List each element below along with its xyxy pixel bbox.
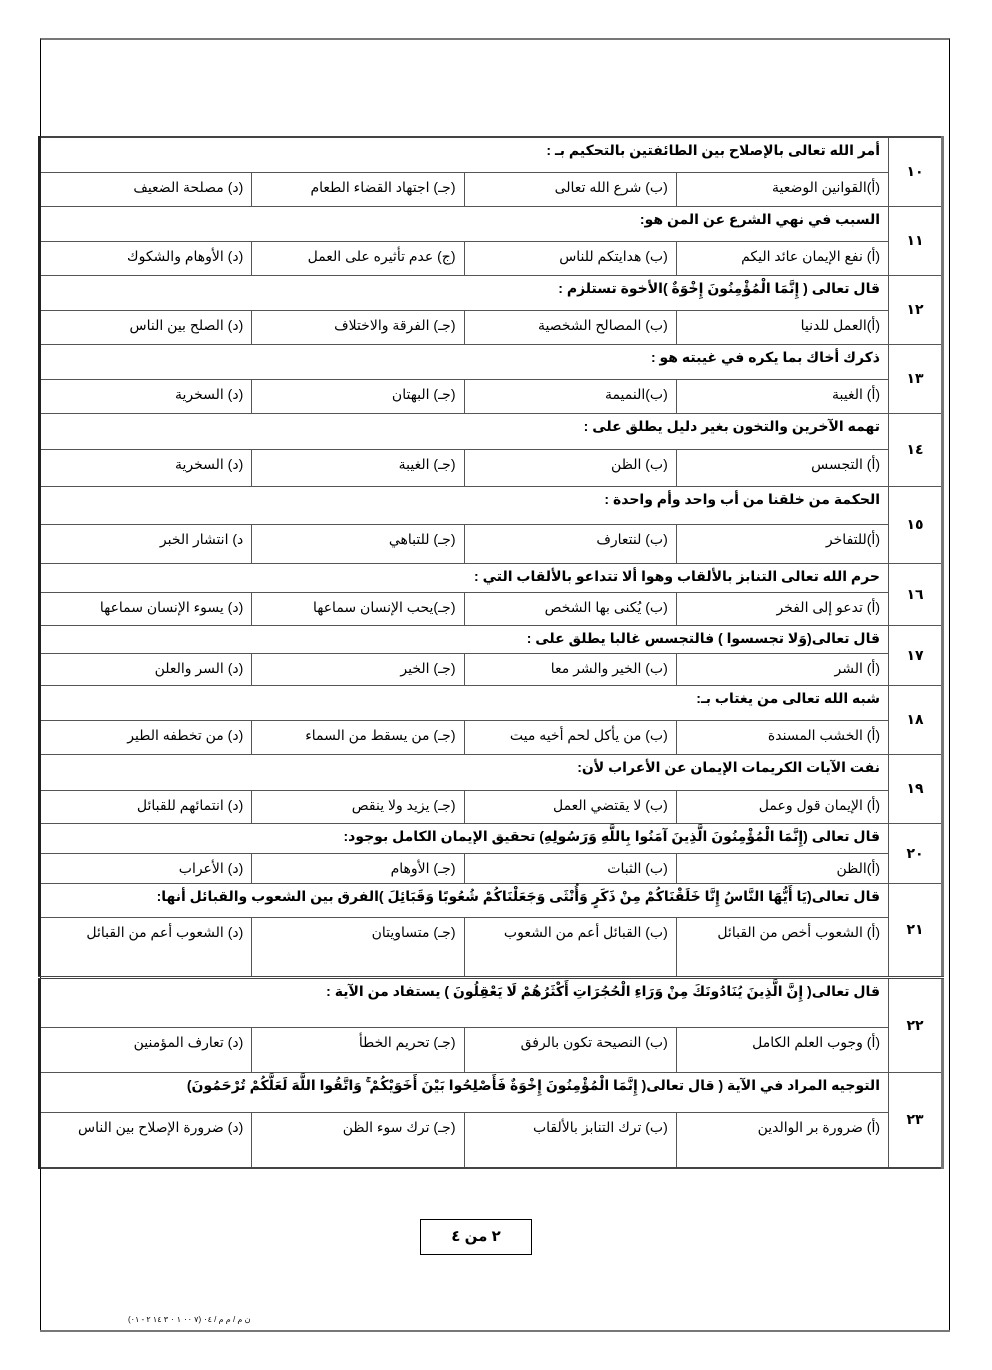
- answer-option-c[interactable]: (جـ) يزيد ولا ينقص: [252, 790, 464, 823]
- answer-option-c[interactable]: (جـ) اجتهاد القضاء الطعام: [252, 172, 464, 206]
- answer-option-b[interactable]: (ب) المصالح الشخصية: [464, 310, 676, 344]
- answer-option-c[interactable]: (جـ) ترك سوء الظن: [252, 1112, 464, 1168]
- question-number: ٢٣: [889, 1072, 943, 1168]
- answer-option-c[interactable]: (جـ) الغيبة: [252, 449, 464, 486]
- options-row: (أ) ضرورة بر الوالدين(ب) ترك التنابز بال…: [40, 1112, 943, 1168]
- answer-option-a[interactable]: (أ) نفع الإيمان عائد اليكم: [676, 241, 888, 275]
- question-text: قال تعالى(يَا أَيُّهَا النَّاسُ إِنَّا خ…: [40, 883, 889, 917]
- answer-option-d[interactable]: د) انتشار الخبر: [40, 524, 252, 563]
- answer-option-d[interactable]: (د) انتمائهم للقبائل: [40, 790, 252, 823]
- question-row: ١٨شبه الله تعالى من يغتاب بـ:: [40, 685, 943, 720]
- answer-option-b[interactable]: (ب) لا يقتضي العمل: [464, 790, 676, 823]
- answer-option-c[interactable]: (جـ) الأوهام: [252, 853, 464, 883]
- options-row: (أ) تدعو إلى الفخر(ب) يُكنى بها الشخص(جـ…: [40, 592, 943, 625]
- question-number: ١٠: [889, 137, 943, 206]
- question-number: ٢٢: [889, 977, 943, 1072]
- question-row: ١٤تهمه الآخرين والتخون بغير دليل يطلق عل…: [40, 413, 943, 449]
- answer-option-d[interactable]: (د) الصلح بين الناس: [40, 310, 252, 344]
- options-row: (أ) الشعوب أخص من القبائل(ب) القبائل أعم…: [40, 917, 943, 977]
- question-number: ١٣: [889, 344, 943, 413]
- answer-option-d[interactable]: (د) الشعوب أعم من القبائل: [40, 917, 252, 977]
- question-row: ٢٣التوجيه المراد في الآية ( قال تعالى( إ…: [40, 1072, 943, 1112]
- options-row: (أ) الشر(ب) الخير والشر معا(جـ) الخير(د)…: [40, 653, 943, 685]
- question-number: ٢٠: [889, 823, 943, 883]
- answer-option-a[interactable]: (أ) ضرورة بر الوالدين: [676, 1112, 888, 1168]
- options-row: (أ)العمل للدنيا(ب) المصالح الشخصية(جـ) ا…: [40, 310, 943, 344]
- answer-option-a[interactable]: (أ)العمل للدنيا: [676, 310, 888, 344]
- question-row: ١٢قال تعالى ( إِنَّمَا الْمُؤْمِنُونَ إِ…: [40, 275, 943, 310]
- question-text: ذكرك أخاك بما يكره في غيبته هو :: [40, 344, 889, 379]
- answer-option-b[interactable]: (ب) الظن: [464, 449, 676, 486]
- question-text: تهمه الآخرين والتخون بغير دليل يطلق على …: [40, 413, 889, 449]
- answer-option-c[interactable]: (جـ) للتباهي: [252, 524, 464, 563]
- options-row: (أ) الخشب المسندة(ب) من يأكل لحم أخيه مي…: [40, 720, 943, 754]
- answer-option-c[interactable]: (جـ) الفرقة والاختلاف: [252, 310, 464, 344]
- question-row: ١٩نفت الآيات الكريمات الإيمان عن الأعراب…: [40, 754, 943, 790]
- options-row: (أ) الإيمان قول وعمل(ب) لا يقتضي العمل(ج…: [40, 790, 943, 823]
- options-row: (أ) التجسس(ب) الظن(جـ) الغيبة(د) السخرية: [40, 449, 943, 486]
- options-row: (أ) نفع الإيمان عائد اليكم(ب) هدايتكم لل…: [40, 241, 943, 275]
- question-number: ١٧: [889, 625, 943, 685]
- answer-option-b[interactable]: (ب) ترك التنابز بالألقاب: [464, 1112, 676, 1168]
- question-text: قال تعالى(وَلا تجسسوا ) فالتجسس غالبا يط…: [40, 625, 889, 653]
- options-row: (أ) الغيبة(ب)النميمة(جـ) البهتان(د) السخ…: [40, 379, 943, 413]
- options-row: (أ) وجوب العلم الكامل(ب) النصيحة تكون با…: [40, 1027, 943, 1072]
- question-row: ٢٠قال تعالى (إِنَّمَا الْمُؤْمِنُونَ الَ…: [40, 823, 943, 853]
- answer-option-d[interactable]: (د) ضرورة الإصلاح بين الناس: [40, 1112, 252, 1168]
- answer-option-d[interactable]: (د) السر والعلن: [40, 653, 252, 685]
- answer-option-a[interactable]: (أ)للتفاخر: [676, 524, 888, 563]
- question-row: ١٧قال تعالى(وَلا تجسسوا ) فالتجسس غالبا …: [40, 625, 943, 653]
- answer-option-d[interactable]: (د) الأوهام والشكوك: [40, 241, 252, 275]
- answer-option-b[interactable]: (ب) شرع الله تعالى: [464, 172, 676, 206]
- answer-option-c[interactable]: (جـ) البهتان: [252, 379, 464, 413]
- answer-option-d[interactable]: (د) السخرية: [40, 379, 252, 413]
- form-code: ن م / م م / ٠٤ (٧ ٠٠ ١ ٠ ٣ ١٤ ٢ - ٠١): [128, 1315, 250, 1324]
- question-number: ١٩: [889, 754, 943, 823]
- question-text: نفت الآيات الكريمات الإيمان عن الأعراب ل…: [40, 754, 889, 790]
- question-number: ١٢: [889, 275, 943, 344]
- options-row: (أ)القوانين الوضعية(ب) شرع الله تعالى(جـ…: [40, 172, 943, 206]
- answer-option-a[interactable]: (أ) الخشب المسندة: [676, 720, 888, 754]
- answer-option-a[interactable]: (أ) وجوب العلم الكامل: [676, 1027, 888, 1072]
- page-number: ٢ من ٤: [420, 1219, 532, 1255]
- question-text: أمر الله تعالى بالإصلاح بين الطائفتين با…: [40, 137, 889, 172]
- answer-option-a[interactable]: (أ) التجسس: [676, 449, 888, 486]
- question-text: الحكمة من خلقنا من أب واحد وأم واحدة :: [40, 486, 889, 524]
- answer-option-d[interactable]: (د) الأعراب: [40, 853, 252, 883]
- answer-option-b[interactable]: (ب)النميمة: [464, 379, 676, 413]
- answer-option-b[interactable]: (ب) لنتعارف: [464, 524, 676, 563]
- answer-option-a[interactable]: (أ)القوانين الوضعية: [676, 172, 888, 206]
- question-text: قال تعالى ( إِنَّمَا الْمُؤْمِنُونَ إِخْ…: [40, 275, 889, 310]
- answer-option-b[interactable]: (ب) النصيحة تكون بالرفق: [464, 1027, 676, 1072]
- question-text: حرم الله تعالى التنابز بالألقاب وهوا ألا…: [40, 563, 889, 592]
- answer-option-d[interactable]: (د) تعارف المؤمنين: [40, 1027, 252, 1072]
- answer-option-b[interactable]: (ب) القبائل أعم من الشعوب: [464, 917, 676, 977]
- questions-table: ١٠أمر الله تعالى بالإصلاح بين الطائفتين …: [38, 136, 944, 1169]
- answer-option-a[interactable]: (أ)الظن: [676, 853, 888, 883]
- answer-option-c[interactable]: (جـ) الخير: [252, 653, 464, 685]
- answer-option-c[interactable]: (جـ) متساويتان: [252, 917, 464, 977]
- question-number: ١٨: [889, 685, 943, 754]
- answer-option-a[interactable]: (أ) الشر: [676, 653, 888, 685]
- question-number: ١١: [889, 206, 943, 275]
- question-text: التوجيه المراد في الآية ( قال تعالى( إِن…: [40, 1072, 889, 1112]
- options-row: (أ)للتفاخر(ب) لنتعارف(جـ) للتباهيد) انتش…: [40, 524, 943, 563]
- question-number: ٢١: [889, 883, 943, 977]
- question-row: ١٦حرم الله تعالى التنابز بالألقاب وهوا أ…: [40, 563, 943, 592]
- answer-option-b[interactable]: (ب) يُكنى بها الشخص: [464, 592, 676, 625]
- answer-option-d[interactable]: (د) السخرية: [40, 449, 252, 486]
- answer-option-d[interactable]: (د) من تخطفه الطير: [40, 720, 252, 754]
- question-text: قال تعالى (إِنَّمَا الْمُؤْمِنُونَ الَّذ…: [40, 823, 889, 853]
- question-number: ١٥: [889, 486, 943, 563]
- question-number: ١٤: [889, 413, 943, 486]
- question-row: ٢٢قال تعالى( إِنَّ الَّذِينَ يُنَادُونَك…: [40, 977, 943, 1027]
- answer-option-c[interactable]: (جـ)يحب الإنسان سماعها: [252, 592, 464, 625]
- answer-option-a[interactable]: (أ) تدعو إلى الفخر: [676, 592, 888, 625]
- answer-option-c[interactable]: (جـ) تحريم الخطأ: [252, 1027, 464, 1072]
- answer-option-b[interactable]: (ب) من يأكل لحم أخيه ميت: [464, 720, 676, 754]
- answer-option-d[interactable]: (د) يسوء الإنسان سماعها: [40, 592, 252, 625]
- answer-option-b[interactable]: (ب) الخير والشر معا: [464, 653, 676, 685]
- answer-option-c[interactable]: (جـ) من يسقط من السماء: [252, 720, 464, 754]
- answer-option-a[interactable]: (أ) الغيبة: [676, 379, 888, 413]
- question-row: ١٥الحكمة من خلقنا من أب واحد وأم واحدة :: [40, 486, 943, 524]
- answer-option-c[interactable]: (ج) عدم تأثيره على العمل: [252, 241, 464, 275]
- question-text: شبه الله تعالى من يغتاب بـ:: [40, 685, 889, 720]
- answer-option-b[interactable]: (ب) الثبات: [464, 853, 676, 883]
- answer-option-b[interactable]: (ب) هدايتكم للناس: [464, 241, 676, 275]
- question-row: ١١السبب في نهي الشرع عن المن هو:: [40, 206, 943, 241]
- question-row: ١٠أمر الله تعالى بالإصلاح بين الطائفتين …: [40, 137, 943, 172]
- question-row: ٢١قال تعالى(يَا أَيُّهَا النَّاسُ إِنَّا…: [40, 883, 943, 917]
- page-frame-bottom-border: [40, 1330, 950, 1332]
- answer-option-a[interactable]: (أ) الإيمان قول وعمل: [676, 790, 888, 823]
- question-text: قال تعالى( إِنَّ الَّذِينَ يُنَادُونَكَ …: [40, 977, 889, 1027]
- answer-option-d[interactable]: (د) مصلحة الضعيف: [40, 172, 252, 206]
- answer-option-a[interactable]: (أ) الشعوب أخص من القبائل: [676, 917, 888, 977]
- question-text: السبب في نهي الشرع عن المن هو:: [40, 206, 889, 241]
- question-row: ١٣ذكرك أخاك بما يكره في غيبته هو :: [40, 344, 943, 379]
- question-number: ١٦: [889, 563, 943, 625]
- options-row: (أ)الظن(ب) الثبات(جـ) الأوهام(د) الأعراب: [40, 853, 943, 883]
